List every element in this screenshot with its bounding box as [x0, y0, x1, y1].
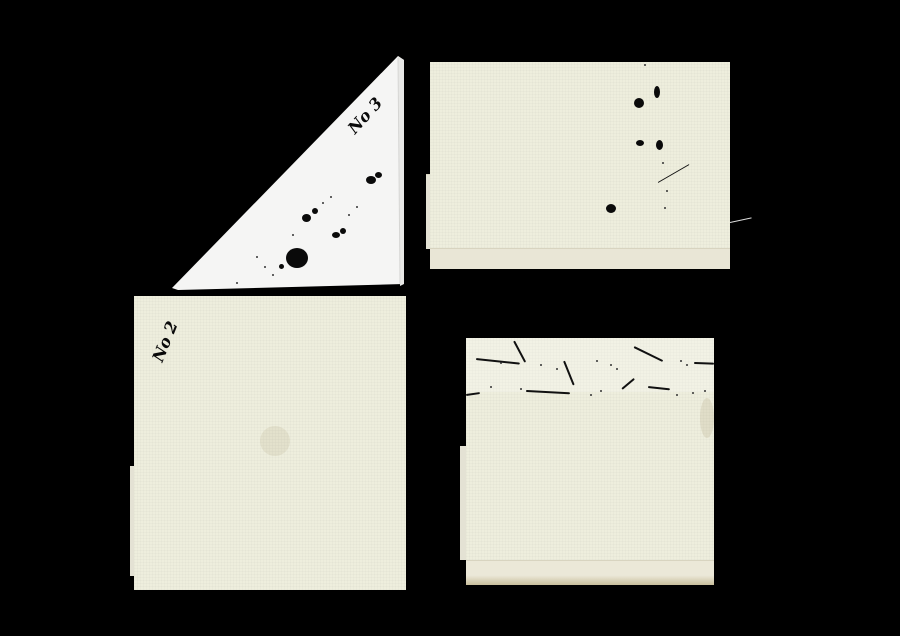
ink-blot [606, 204, 616, 213]
writing-band [466, 338, 714, 392]
ink-blot [634, 98, 644, 108]
fold-bottom [466, 560, 714, 585]
ink-blot [636, 140, 644, 146]
ink-blot [656, 140, 663, 150]
ink-blot [332, 232, 340, 238]
loose-thread [730, 217, 752, 223]
ink-blot [279, 264, 284, 269]
ink-blot [340, 228, 346, 234]
edge-flap [130, 466, 134, 576]
edge-flap [460, 446, 466, 560]
fold-bottom [430, 248, 730, 269]
ink-blot-large [286, 248, 308, 268]
top-right-piece [426, 62, 736, 268]
ink-blot [312, 208, 318, 214]
triangle-piece: No 3 [172, 56, 408, 290]
ink-blot [302, 214, 311, 222]
ink-blot [654, 86, 660, 98]
fold-flap [426, 174, 430, 249]
ink-blot [366, 176, 376, 184]
cloth-front [430, 62, 730, 248]
bottom-right-piece [460, 338, 716, 584]
bottom-left-piece: No 2 [130, 296, 408, 592]
ink-blot [375, 172, 382, 178]
